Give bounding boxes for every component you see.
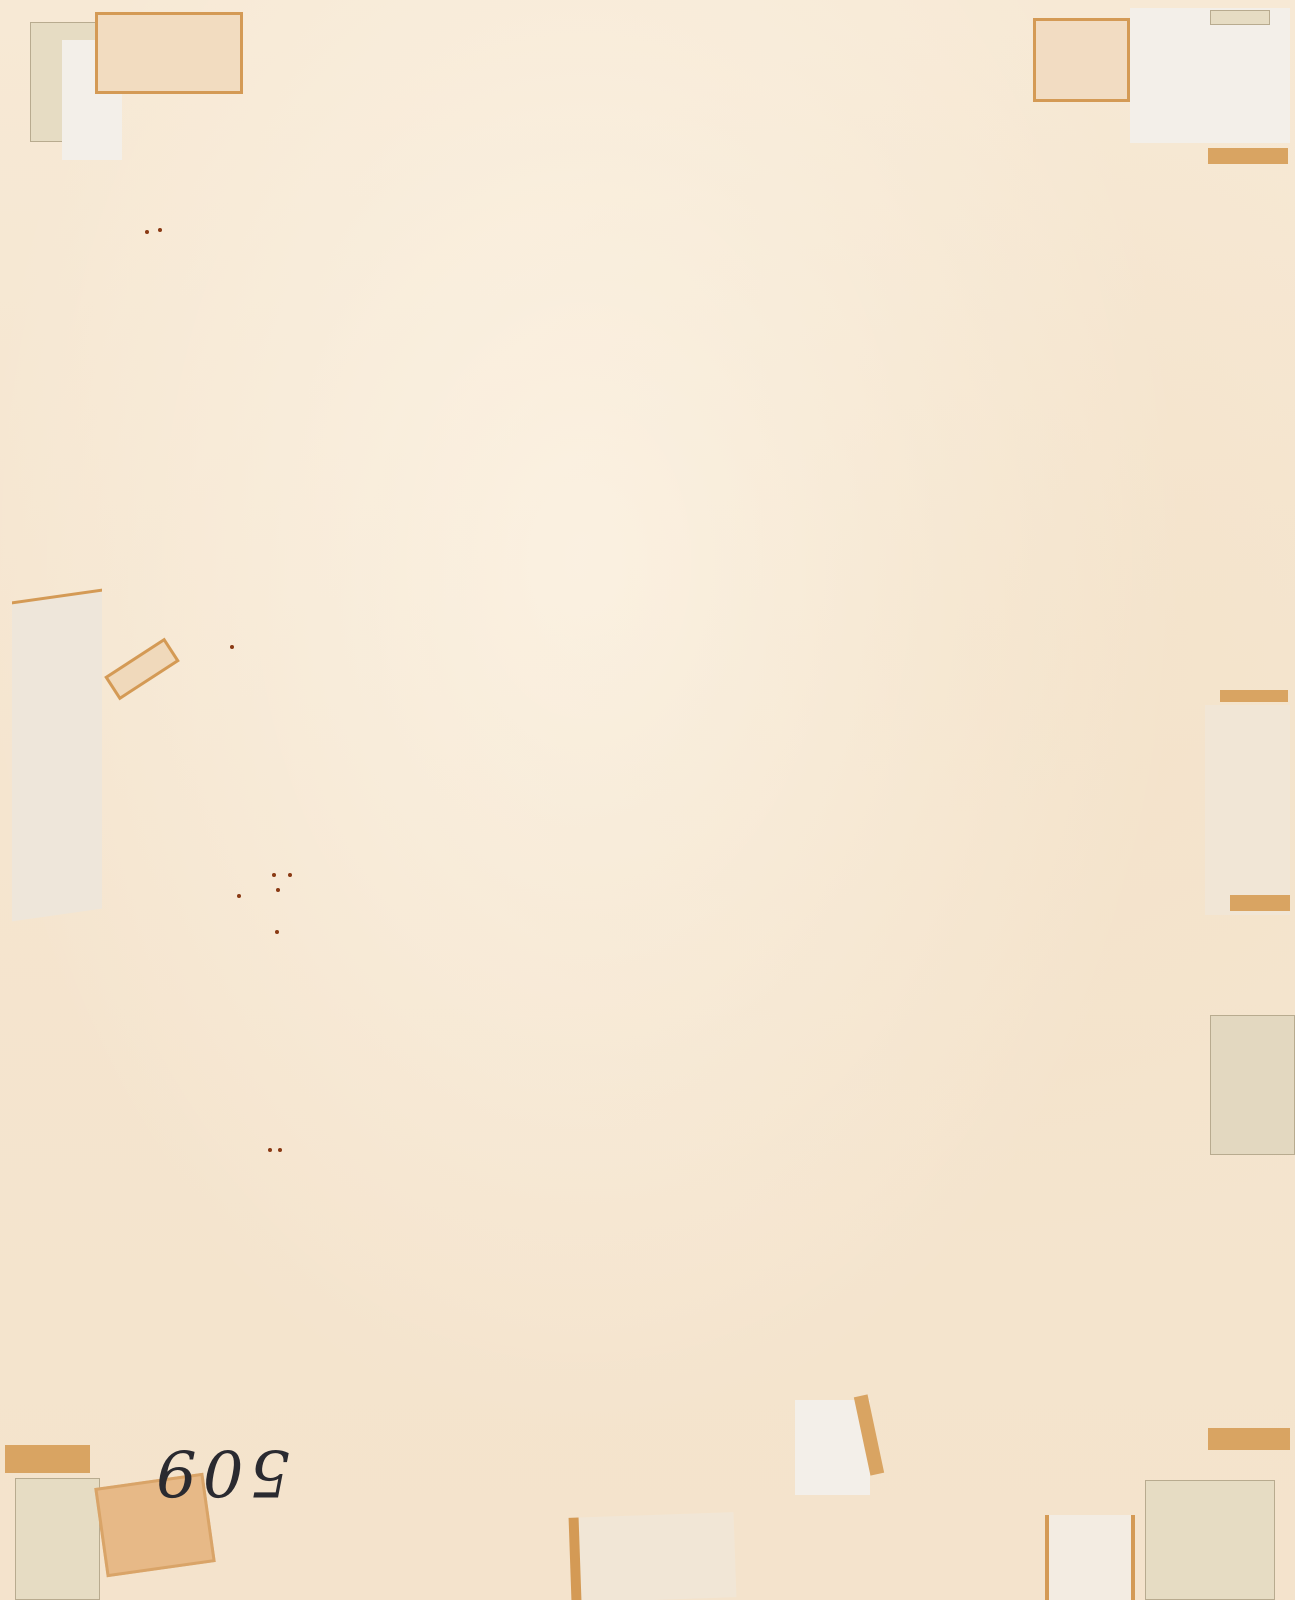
tape-bottom-right-square xyxy=(1045,1515,1135,1600)
tape-right-lower-glossy xyxy=(1210,1015,1295,1155)
speck xyxy=(268,1148,272,1152)
speck xyxy=(278,1148,282,1152)
speck xyxy=(272,873,276,877)
tape-left-small xyxy=(104,638,180,701)
tape-top-right-square xyxy=(1033,18,1130,102)
tape-right-middle xyxy=(1205,705,1290,915)
paper-sheet: 509 xyxy=(0,0,1295,1600)
speck xyxy=(275,930,279,934)
tape-left-middle xyxy=(12,589,102,922)
tape-bottom-left-glossy xyxy=(15,1478,100,1600)
tape-bottom-left-strip xyxy=(5,1445,90,1473)
speck xyxy=(288,873,292,877)
tape-top-right-glossy xyxy=(1210,10,1270,25)
tape-right-strip-top xyxy=(1220,690,1288,702)
tape-bottom-center xyxy=(569,1512,737,1600)
tape-top-left-rust xyxy=(95,12,243,94)
speck xyxy=(145,230,149,234)
speck xyxy=(158,228,162,232)
speck xyxy=(276,888,280,892)
handwritten-number: 509 xyxy=(150,1440,290,1504)
tape-top-right-torn xyxy=(1130,8,1290,143)
tape-right-strip-bottom xyxy=(1230,895,1290,911)
tape-top-right-strip xyxy=(1208,148,1288,164)
speck xyxy=(230,645,234,649)
tape-bottom-right-glossy xyxy=(1145,1480,1275,1600)
speck xyxy=(237,894,241,898)
tape-bottom-right-strip xyxy=(1208,1428,1290,1450)
